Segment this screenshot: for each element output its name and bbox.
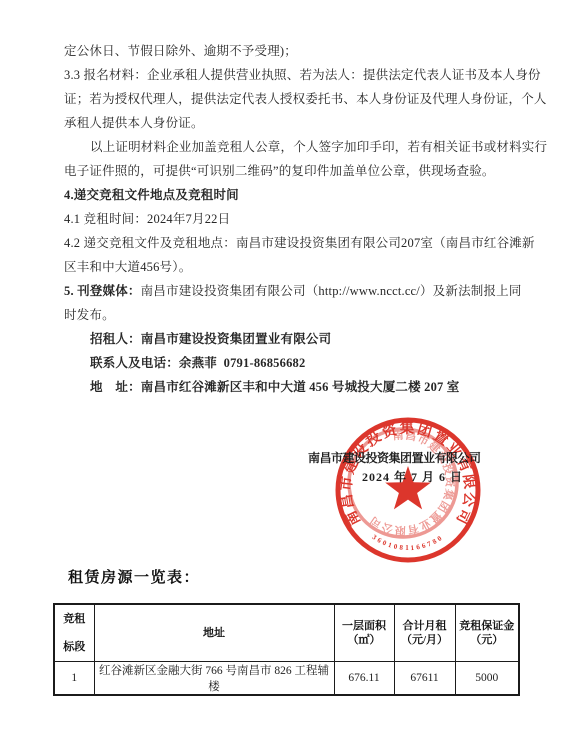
header-deposit: 竞租保证金 （元）: [455, 604, 519, 662]
header-line: 标段: [55, 633, 94, 661]
doc-line-bid-place: 4.2 递交竞租文件及竞租地点：南昌市建设投资集团有限公司207室（南昌市红谷滩…: [64, 231, 526, 255]
company-seal: 南昌市建设投资集团置业有限公司 南昌市建设投资集团置业有限公司 36010811…: [322, 404, 494, 576]
table-row: 1 红谷滩新区金融大街 766 号南昌市 826 工程辅楼 676.11 676…: [54, 662, 519, 696]
page: { "doc": { "para_lines": [ "定公休日、节假日除外、逾…: [0, 0, 566, 755]
doc-line: 定公休日、节假日除外、逾期不予受理)；: [64, 39, 526, 63]
doc-line: 区丰和中大道456号）。: [64, 255, 526, 279]
cell-deposit: 5000: [455, 662, 519, 696]
doc-line-address: 地 址：南昌市红谷滩新区丰和中大道 456 号城投大厦二楼 207 室: [64, 375, 526, 399]
doc-line: 3.3 报名材料：企业承租人提供营业执照、若为法人：提供法定代表人证书及本人身份: [64, 63, 526, 87]
header-line: （元）: [456, 633, 519, 647]
doc-line-media: 5. 刊登媒体：南昌市建设投资集团有限公司（http://www.ncct.cc…: [64, 279, 526, 303]
header-line: 一层面积: [335, 619, 394, 633]
header-bid-segment: 竞租 标段: [54, 604, 94, 662]
header-line: 地址: [95, 626, 334, 640]
table-header-row: 竞租 标段 地址 一层面积 （㎡） 合计月租 （元/月） 竞租保证金 （元）: [54, 604, 519, 662]
signature-company: 南昌市建设投资集团置业有限公司: [308, 449, 481, 466]
signature-date: 2024 年 7 月 6 日: [362, 468, 463, 485]
cell-bid-segment: 1: [54, 662, 94, 696]
media-text: 南昌市建设投资集团有限公司（http://www.ncct.cc/）及新法制报上…: [141, 284, 522, 298]
seal-graphic: 南昌市建设投资集团置业有限公司 南昌市建设投资集团置业有限公司 36010811…: [322, 404, 494, 576]
doc-line-contact: 联系人及电话：余燕菲 0791-86856682: [64, 351, 526, 375]
doc-line: 电子证件照的，可提供“可识别二维码”的复印件加盖单位公章，供现场查验。: [64, 159, 526, 183]
table-title: 租赁房源一览表：: [68, 566, 200, 587]
header-address: 地址: [94, 604, 334, 662]
header-line: 合计月租: [395, 619, 455, 633]
header-floor-area: 一层面积 （㎡）: [334, 604, 394, 662]
header-line: 竞租保证金: [456, 619, 519, 633]
document-body: 定公休日、节假日除外、逾期不予受理)； 3.3 报名材料：企业承租人提供营业执照…: [64, 39, 526, 399]
rental-table: 竞租 标段 地址 一层面积 （㎡） 合计月租 （元/月） 竞租保证金 （元） 1…: [53, 603, 520, 696]
cell-floor-area: 676.11: [334, 662, 394, 696]
doc-line: 时发布。: [64, 303, 526, 327]
section-heading-submission: 4.递交竞租文件地点及竞租时间: [64, 183, 526, 207]
doc-line: 证；若为授权代理人，提供法定代表人授权委托书、本人身份证及代理人身份证，个人: [64, 87, 526, 111]
doc-line-lessor: 招租人：南昌市建设投资集团置业有限公司: [64, 327, 526, 351]
cell-monthly-rent: 67611: [394, 662, 455, 696]
header-monthly-rent: 合计月租 （元/月）: [394, 604, 455, 662]
doc-line-bid-time: 4.1 竞租时间：2024年7月22日: [64, 207, 526, 231]
header-line: （元/月）: [395, 633, 455, 647]
doc-line: 承租人提供本人身份证。: [64, 111, 526, 135]
media-label: 5. 刊登媒体：: [64, 284, 141, 298]
cell-address: 红谷滩新区金融大街 766 号南昌市 826 工程辅楼: [94, 662, 334, 696]
header-line: （㎡）: [335, 633, 394, 647]
header-line: 竞租: [55, 605, 94, 633]
doc-line: 以上证明材料企业加盖竞租人公章，个人签字加印手印，若有相关证书或材料实行: [64, 135, 526, 159]
